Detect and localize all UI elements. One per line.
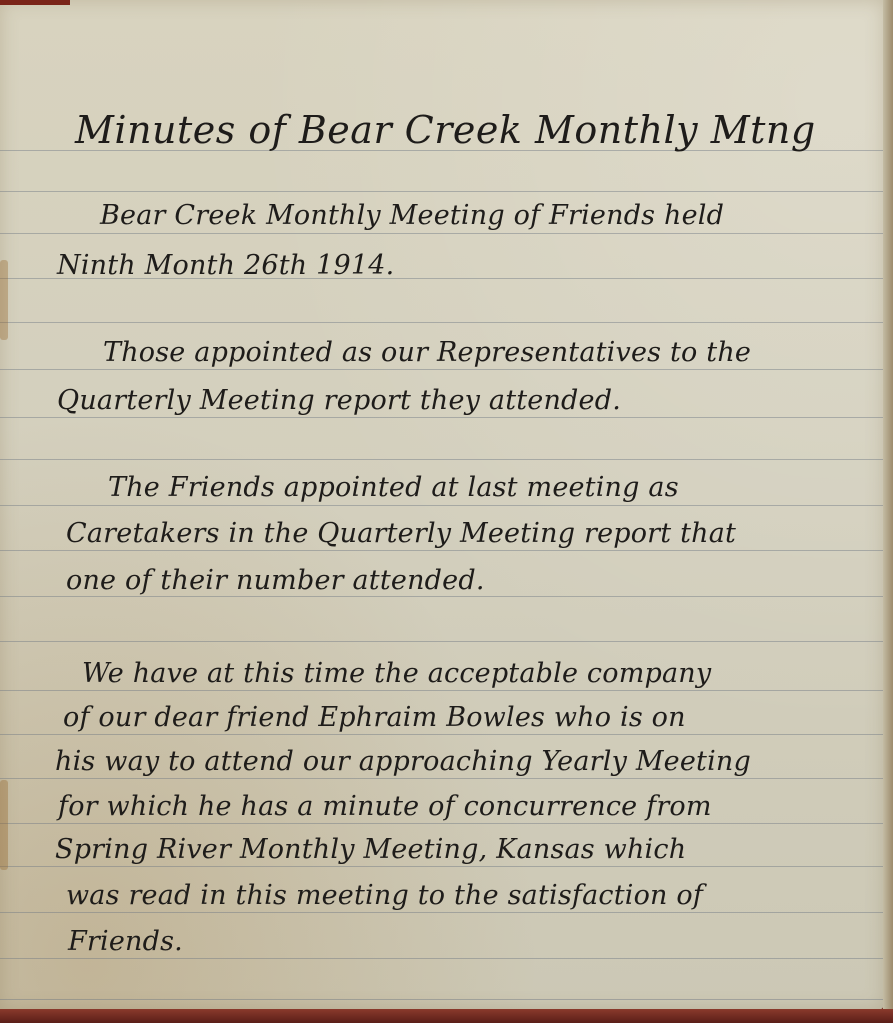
paragraph-representatives-line-2: Quarterly Meeting report they attended. <box>57 385 621 416</box>
ruled-line <box>0 233 884 234</box>
ruled-line <box>0 550 884 551</box>
paragraph-visitor-line-5: Spring River Monthly Meeting, Kansas whi… <box>55 834 686 865</box>
ruled-line <box>0 191 884 192</box>
paragraph-visitor-line-7: Friends. <box>68 926 183 957</box>
paragraph-visitor-line-2: of our dear friend Ephraim Bowles who is… <box>63 702 686 733</box>
ruled-line <box>0 596 884 597</box>
paragraph-caretakers-line-3: one of their number attended. <box>66 565 485 596</box>
book-cover-edge <box>0 0 70 5</box>
paragraph-caretakers-line-2: Caretakers in the Quarterly Meeting repo… <box>66 518 736 549</box>
paragraph-visitor-line-1: We have at this time the acceptable comp… <box>82 658 711 689</box>
ruled-line <box>0 778 884 779</box>
book-cover-edge <box>0 1009 893 1023</box>
ruled-line <box>0 417 884 418</box>
page-edge <box>883 0 893 1023</box>
ruled-line <box>0 958 884 959</box>
ruled-line <box>0 322 884 323</box>
ruled-line <box>0 505 884 506</box>
notebook-page: Minutes of Bear Creek Monthly Mtng Bear … <box>0 0 884 1010</box>
document-title: Minutes of Bear Creek Monthly Mtng <box>75 108 816 152</box>
paragraph-opening-line-2: Ninth Month 26th 1914. <box>57 250 394 281</box>
ruled-line <box>0 734 884 735</box>
paper-stain <box>0 260 8 340</box>
ruled-line <box>0 912 884 913</box>
ruled-line <box>0 459 884 460</box>
paragraph-caretakers-line-1: The Friends appointed at last meeting as <box>108 472 679 503</box>
ruled-line <box>0 641 884 642</box>
paragraph-visitor-line-3: his way to attend our approaching Yearly… <box>55 746 751 777</box>
ruled-line <box>0 866 884 867</box>
paragraph-opening-line-1: Bear Creek Monthly Meeting of Friends he… <box>100 200 724 231</box>
ruled-line <box>0 999 884 1000</box>
ruled-line <box>0 369 884 370</box>
ruled-line <box>0 823 884 824</box>
paper-stain <box>0 780 8 870</box>
paragraph-visitor-line-6: was read in this meeting to the satisfac… <box>66 880 703 911</box>
paragraph-visitor-line-4: for which he has a minute of concurrence… <box>58 791 712 822</box>
paragraph-representatives-line-1: Those appointed as our Representatives t… <box>103 337 751 368</box>
ruled-line <box>0 690 884 691</box>
